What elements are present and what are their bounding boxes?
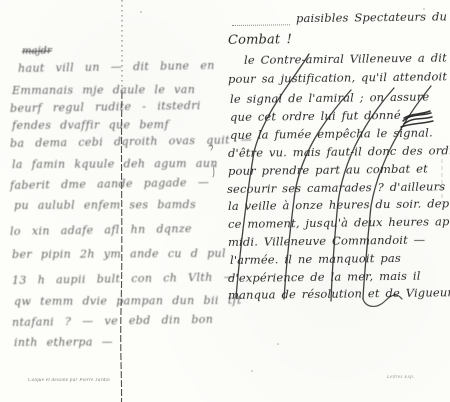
manuscript-line: d'être vu. mais faut-il donc des ordres (228, 143, 450, 160)
caption-left: Calqué et dessiné par Pierre Jardin (28, 378, 110, 383)
manuscript-line: ce moment, jusqu'à deux heures après (228, 214, 450, 231)
manuscript-line: le Contre-amiral Villeneuve a dit (244, 51, 447, 67)
manuscript-line: ba dema cebi dqroith ovas quit — (10, 133, 252, 150)
manuscript-line: manqua de résolution et de Vigueur (228, 285, 450, 302)
manuscript-page: majdr haut vill un — dit bune en Emmanai… (0, 0, 450, 402)
header-text: paisibles Spectateurs du — (296, 9, 450, 25)
page-title: Combat ! (228, 32, 292, 48)
manuscript-line: la veille à onze heures du soir. depuis (228, 196, 450, 213)
manuscript-line: 13 h aupii bult con ch Vlth — (12, 270, 235, 287)
page-header-line: paisibles Spectateurs du — (232, 9, 450, 26)
caption-right: Lettres Exp. (387, 375, 415, 380)
manuscript-line: que la fumée empêcha le signal. (230, 126, 433, 142)
manuscript-line: inth etherpa — (14, 335, 113, 349)
manuscript-line: l'armée. il ne manquoit pas (230, 251, 401, 267)
manuscript-line: pu aulubl enfem ses bamds (14, 198, 196, 212)
manuscript-line: le signal de l'amiral ; on assure (230, 90, 429, 106)
manuscript-line: d'expérience de la mer, mais il (228, 269, 421, 285)
manuscript-line: la famin kquule deh agum aun (12, 157, 218, 171)
manuscript-line: pour prendre part au combat et (228, 162, 428, 178)
dotted-leader (232, 14, 290, 26)
manuscript-line: ntafani ? — ve ebd din bon (12, 313, 213, 329)
manuscript-line: qw temm dvie pampan dun bii tft (14, 294, 242, 308)
manuscript-line: beurf regul rudite - itstedri (10, 99, 201, 115)
manuscript-line: haut vill un — dit bune en (18, 59, 215, 75)
struck-out-word: majdr (22, 45, 52, 57)
manuscript-line: pour sa justification, qu'il attendoit (228, 69, 447, 86)
manuscript-line: midi. Villeneuve Commandoit — (228, 233, 426, 249)
manuscript-line: fendes dvaffir que bemf (12, 118, 169, 132)
manuscript-line: ber pipin 2h ym ande cu d pul (12, 247, 226, 261)
manuscript-line: secourir ses camarades ? d'ailleurs dès (227, 179, 450, 196)
manuscript-line: lo xin adafe afl hn dqnze (10, 222, 192, 238)
manuscript-line: faberit dme aande pagade — (10, 176, 209, 192)
manuscript-line: que cet ordre lui fut donné (230, 108, 401, 124)
manuscript-line: Emmanais mje daule le van (12, 83, 195, 97)
